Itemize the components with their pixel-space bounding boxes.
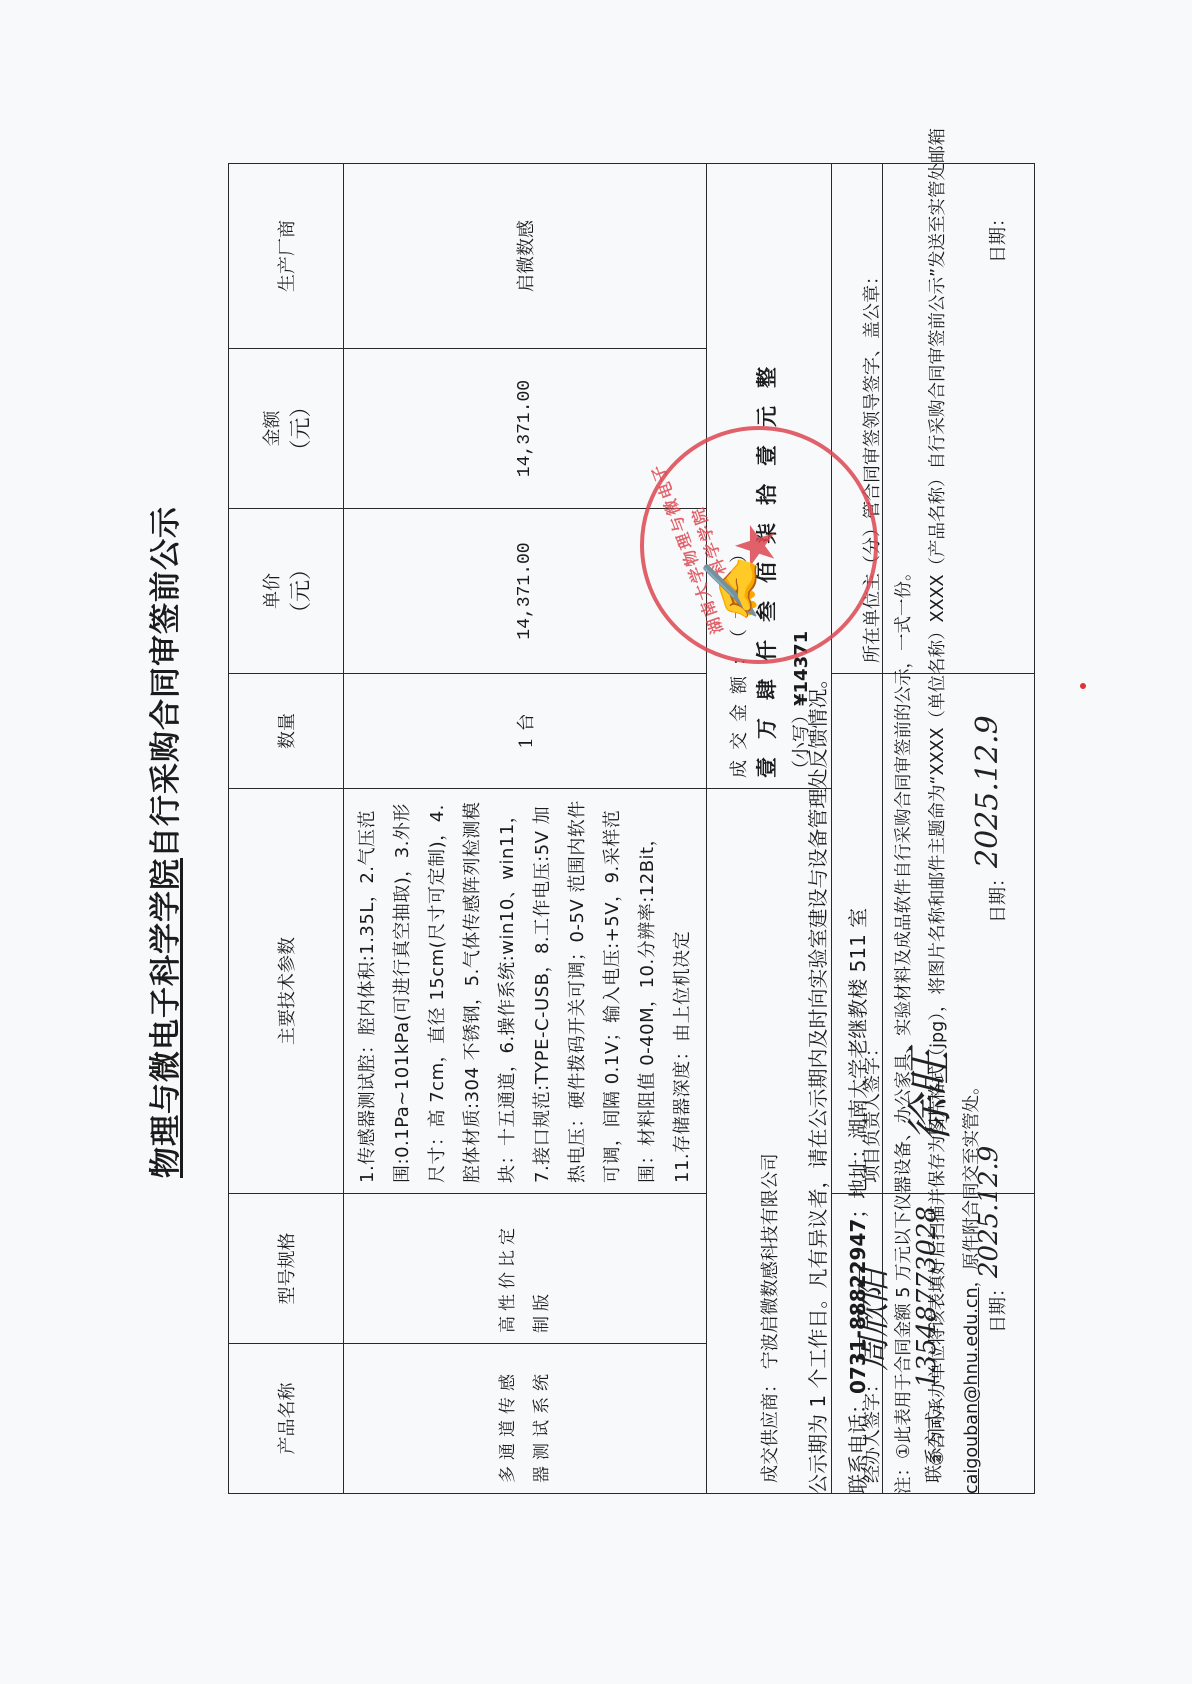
table-row: 多通道传感器测试系统 高性价比定制版 1.传感器测试腔：腔内体积:1.35L，2… bbox=[344, 164, 707, 1494]
supplier-label: 成交供应商： bbox=[760, 1375, 781, 1483]
header-params: 主要技术参数 bbox=[229, 789, 344, 1194]
table-header-row: 产品名称 型号规格 主要技术参数 数量 单价 （元） 金额 （元） 生产厂商 bbox=[229, 164, 344, 1494]
page-title: 物理与微电子科学学院自行采购合同审签前公示 bbox=[140, 0, 185, 1684]
supplier-name: 宁波启微数感科技有限公司 bbox=[760, 1153, 781, 1369]
notice-text: 公示期为 1 个工作日。凡有异议者，请在公示期内及时向实验室建设与设备管理处反馈… bbox=[798, 164, 838, 1494]
note-2-tail: caigouban@hnu.edu.cn，原件附合同交至实管处。 bbox=[955, 164, 989, 1494]
leader-signature: ✍ bbox=[700, 557, 764, 624]
title-college: 物理与微电子科学学院 bbox=[148, 858, 184, 1178]
header-model: 型号规格 bbox=[229, 1194, 344, 1344]
header-unit-price: 单价 （元） bbox=[229, 509, 344, 674]
cell-product-name: 多通道传感器测试系统 bbox=[344, 1344, 707, 1494]
address: 湖南大学老继教楼 511 室 bbox=[846, 908, 870, 1139]
document-sheet: 物理与微电子科学学院自行采购合同审签前公示 产品名称 型号规格 主要技术参数 数… bbox=[0, 0, 1192, 1684]
header-product-name: 产品名称 bbox=[229, 1344, 344, 1494]
cell-manufacturer: 启微数感 bbox=[344, 164, 707, 349]
contact-line: 联系电话：0731-88822947；地址：湖南大学老继教楼 511 室 bbox=[838, 164, 878, 1494]
note-1: 注：①此表用于合同金额 5 万元以下仪器设备、办公家具、实验材料及成品软件自行采… bbox=[887, 164, 921, 1494]
email-link[interactable]: caigouban@hnu.edu.cn bbox=[962, 1287, 982, 1494]
cell-quantity: 1 台 bbox=[344, 674, 707, 789]
title-rest: 自行采购合同审签前公示 bbox=[148, 506, 184, 858]
header-quantity: 数量 bbox=[229, 674, 344, 789]
footer-section: 公示期为 1 个工作日。凡有异议者，请在公示期内及时向实验室建设与设备管理处反馈… bbox=[798, 164, 989, 1494]
cell-params: 1.传感器测试腔：腔内体积:1.35L，2.气压范围:0.1Pa~101kPa(… bbox=[344, 789, 707, 1194]
header-manufacturer: 生产厂商 bbox=[229, 164, 344, 349]
contact-phone: 0731-88822947 bbox=[846, 1219, 870, 1394]
cell-model: 高性价比定制版 bbox=[344, 1194, 707, 1344]
header-amount: 金额 （元） bbox=[229, 349, 344, 509]
red-dot-mark bbox=[1080, 683, 1086, 689]
note-2: ②合同承办单位将该表填好后扫描并保存为图片格式（jpg），将图片名称和邮件主题命… bbox=[921, 164, 955, 1494]
notes-section: 注：①此表用于合同金额 5 万元以下仪器设备、办公家具、实验材料及成品软件自行采… bbox=[882, 164, 989, 1494]
